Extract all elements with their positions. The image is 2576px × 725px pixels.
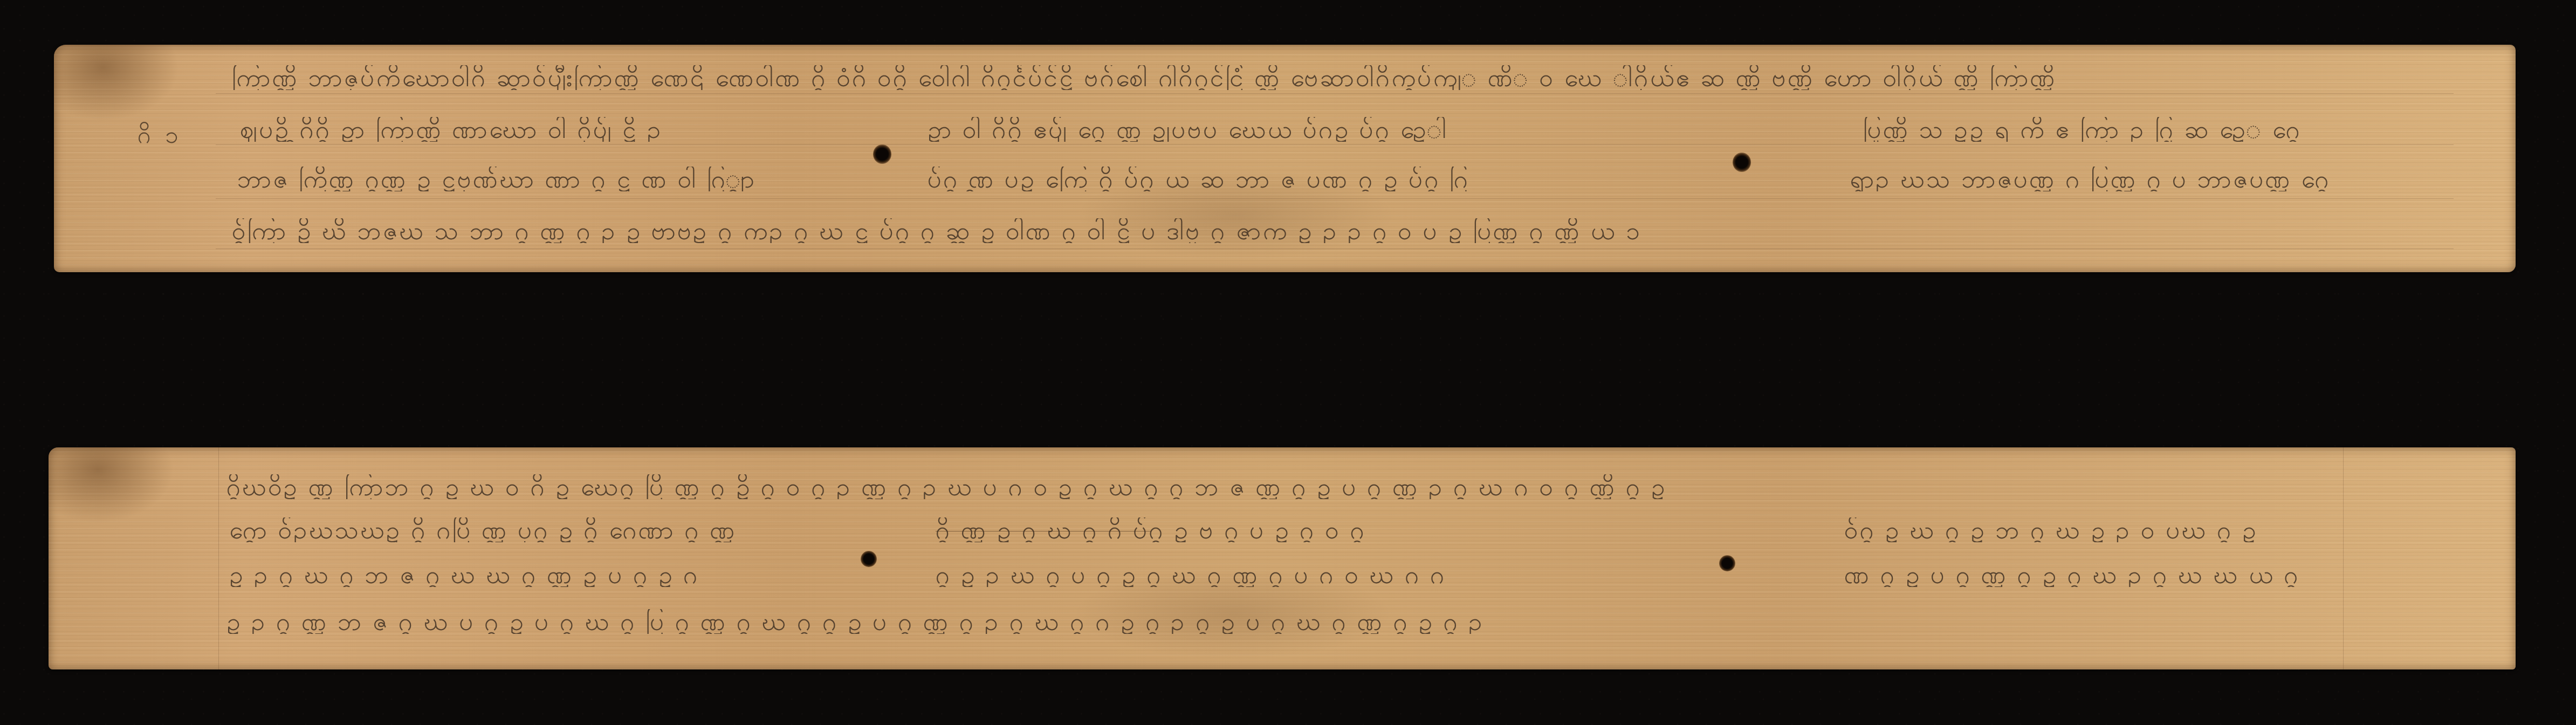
text-line-3-left: ဍ္ဍ ဥ ဂ္ဂ ဃ ဂ္ဂ ဘ ဇ ဂ္ဂ ဃ ဃ ဂ္ဂ ဏ္ဍ ဍ္ဍ … <box>229 562 768 587</box>
text-line-3-left: ဘာဇ ကြိဏ္ဍ ဂ္ဂဏ္ဍ ဍ္ဍ ဋ္ဋဗုဏ်ဃာ ဏာ ဂ္ဂ ဋ… <box>237 167 830 191</box>
palm-leaf-top: ဂိ ၁ ကြာဏ္ဍိ ဘာဇုပ်ကိဃောဝါဂိ ဆွာဝ်ပျီးကြ… <box>54 45 2516 272</box>
text-line-3-middle: ပ်ဂ္ဂ္ဂ ဏ ပဍ္ဍ ကြေ ဂ္ဂိ ပ်ဂ္ဂ ယ ဆ ဘာ ဇ ပ… <box>928 167 1682 191</box>
margin-rule-left <box>218 447 219 669</box>
ruling-line <box>216 93 2454 94</box>
manuscript-photo: ဂိ ၁ ကြာဏ္ဍိ ဘာဇုပ်ကိဃောဝါဂိ ဆွာဝ်ပျီးကြ… <box>0 0 2576 725</box>
string-hole-bottom-left <box>861 551 877 567</box>
folio-number: ဂိ ၁ <box>138 120 182 155</box>
text-line-2-left: ဂ္ဂော ဝ်ဥဃသဃဍ ဂ္ဂိ ဂပြိ ဏ္ဍ ပုဂ္ဂ ဍ္ဍ ဂ္… <box>229 517 768 542</box>
ruling-line <box>216 144 2454 145</box>
text-line-2-left: ဈပဍ္ဍ္ဂိ ဂိဂ္ဂိ ဍ္ဍာ ကြာဏ္ဍိ ဏာဃော ဝါ ဂိ… <box>240 117 833 142</box>
text-line-1: ကြာဏ္ဍိ ဘာဇုပ်ကိဃောဝါဂိ ဆွာဝ်ပျီးကြာဏ္ဍိ… <box>232 65 2454 90</box>
text-line-4: ဝ္ဂ်ကြာ ဍ္ဍိ ဃ္ဍိ ဘဇ္ဍဃ သ ဘာ ဂ္ဂ ဏ္ဍ ဂ္ဂ… <box>232 218 2443 243</box>
text-line-2-right: ဝ်ဂ္ဂ ဍ္ဍ ဃ ဂ္ဂ ဍ္ဍ ဘ ဂ္ဂ ဃ ဍ္ဍ ဥ္ဍ ဝ ပဃ… <box>1844 517 2346 542</box>
text-line-1: ဂ္ဂိဃဝိဍ ဏ္ဍ ကြာဘ ဂ္ဂ ဍ္ဍ ဃ္ဍ ဝ ဂိ ဍ္ဍ ဃ… <box>226 474 2346 499</box>
text-line-2-right: ပြုဏ္ဍိ သ ဍဍ္ဍ ရ ကိ ဧ ကြာ ဥ္ဍ ဂ္ဂြ ဆ ဍေ္… <box>1863 117 2456 142</box>
ruling-line <box>216 248 2454 249</box>
text-line-3-middle: ဂ္ဂ ဍ္ဍ ဥ ဃ ဂ္ဂ ပ ဂ္ဂ ဍ္ဍ ဂ္ဂ ဃ ဂ္ဂ ဏ္ဍ … <box>936 562 1701 587</box>
text-line-2-middle: ဂ္ဂိ ဏ္ဍ ဍ္ဍ ဂ္ဂ ဃ္ဍ ဂ္ဂ ဂိ ပ်ဂ္ဂ ဍ္ဍ ဗ … <box>936 517 1701 542</box>
palm-leaf-bottom: ဂ္ဂိဃဝိဍ ဏ္ဍ ကြာဘ ဂ္ဂ ဍ္ဍ ဃ္ဍ ဝ ဂိ ဍ္ဍ ဃ… <box>49 447 2516 669</box>
text-line-3-right: ရွာဥ ဃသ ဘာဇပဏ္ဍ ဂ ပြဏ္ဍ ဂ္ဂ ပ ဘာဇပဏ္ဍ ဂ္… <box>1850 167 2454 191</box>
string-hole-top-left <box>873 144 891 164</box>
ruling-line <box>216 198 2454 199</box>
text-line-2-middle: ဍ္ဍာ ဝါ ဂိဂ္ဂိ ဧပ်ျ ဂ္ဂေ ဏ္ဍ ဍုပဗပ ဃေယ္ဍ… <box>928 117 1682 142</box>
text-line-3-right: ဏ ဂ္ဂ ဍ္ဍ ပ ဂ္ဂ ဏ္ဍ ဂ္ဂ ဍ္ဍ ဂ္ဂ ဃ ဥ ဂ္ဂ … <box>1844 562 2346 587</box>
text-line-4: ဍ္ဍ ဥ္ဍ ဂ္ဂ ဏ္ဍ ဘ ဇ ဂ္ဂ ဃ ပ ဂ္ဂ ဍ္ဍ ပ ဂ္… <box>226 609 2346 634</box>
string-hole-top-right <box>1733 153 1751 172</box>
string-hole-bottom-right <box>1719 555 1735 571</box>
